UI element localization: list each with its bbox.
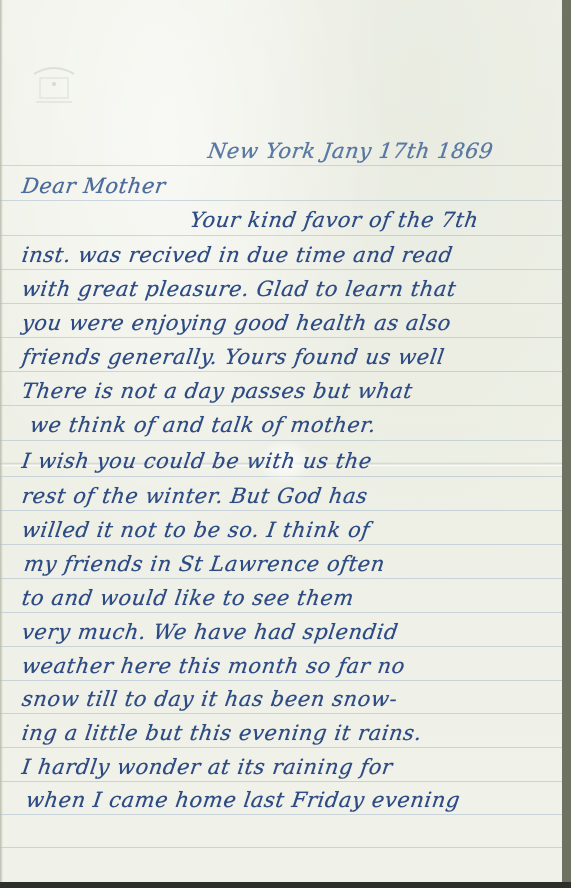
letter-salutation: Dear Mother	[21, 176, 168, 197]
ruled-line	[0, 371, 562, 372]
ruled-line	[0, 781, 562, 782]
embossed-seal-icon	[30, 60, 78, 108]
ruled-line	[0, 713, 562, 714]
ruled-line	[0, 269, 562, 270]
scan-bottom-edge	[0, 882, 571, 888]
ruled-line	[0, 337, 562, 338]
letter-line: when I came home last Friday evening	[25, 790, 462, 811]
letter-line: to and would like to see them	[21, 588, 356, 609]
letter-line: we think of and talk of mother.	[29, 415, 378, 436]
ruled-line	[0, 405, 562, 406]
letter-page: New York Jany 17th 1869 Dear Mother Your…	[0, 0, 562, 882]
ruled-line	[0, 814, 562, 815]
letter-line: inst. was recived in due time and read	[21, 245, 455, 266]
letter-line: my friends in St Lawrence often	[23, 554, 387, 575]
ruled-line	[0, 303, 562, 304]
letter-line: Your kind favor of the 7th	[189, 210, 481, 231]
ruled-line	[0, 847, 562, 848]
ruled-line	[0, 200, 562, 201]
letter-line: very much. We have had splendid	[21, 622, 400, 643]
letter-line: with great pleasure. Glad to learn that	[21, 279, 458, 300]
letter-line: I wish you could be with us the	[21, 451, 374, 472]
letter-line: ing a little but this evening it rains.	[21, 723, 424, 744]
letter-line: There is not a day passes but what	[21, 381, 415, 402]
letter-line: willed it not to be so. I think of	[21, 520, 372, 541]
letter-heading: New York Jany 17th 1869	[207, 141, 495, 162]
letter-line: I hardly wonder at its raining for	[21, 757, 395, 778]
ruled-line	[0, 165, 562, 166]
ruled-line	[0, 680, 562, 681]
ruled-line	[0, 544, 562, 545]
ruled-line	[0, 646, 562, 647]
ruled-line	[0, 510, 562, 511]
ruled-line	[0, 747, 562, 748]
letter-line: you were enjoying good health as also	[21, 313, 453, 334]
letter-line: snow till to day it has been snow-	[21, 689, 399, 710]
ruled-line	[0, 612, 562, 613]
ruled-line	[0, 235, 562, 236]
letter-line: rest of the winter. But God has	[21, 486, 370, 507]
ruled-line	[0, 578, 562, 579]
letter-line: friends generally. Yours found us well	[21, 347, 446, 368]
letter-line: weather here this month so far no	[21, 656, 407, 677]
